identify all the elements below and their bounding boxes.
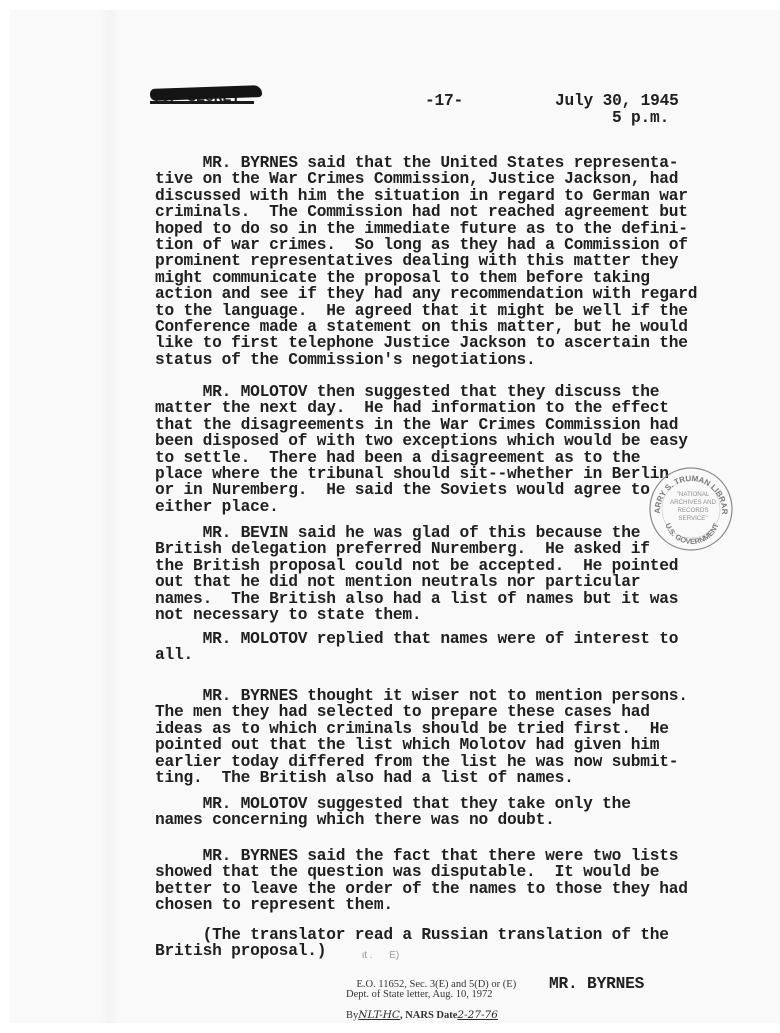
redaction-underline xyxy=(150,101,254,104)
paragraph-line: Conference made a statement on this matt… xyxy=(155,319,697,335)
declassification-letter: Dept. of State letter, Aug. 10, 1972 xyxy=(346,989,493,1000)
nars-date: 2-27-76 xyxy=(457,1009,498,1021)
by-label: By xyxy=(346,1010,358,1021)
paragraph-line: place where the tribunal should sit--whe… xyxy=(155,466,688,482)
paragraph-line: either place. xyxy=(155,499,688,515)
page-number: -17- xyxy=(425,93,463,109)
svg-text:SERVICE": SERVICE" xyxy=(678,515,707,522)
paragraph-line: or in Nuremberg. He said the Soviets wou… xyxy=(155,482,688,498)
paragraph-line: prominent representatives dealing with t… xyxy=(155,253,697,269)
paragraph-line: the British proposal could not be accept… xyxy=(155,558,678,574)
paragraph-line: pointed out that the list which Molotov … xyxy=(155,737,688,753)
paragraph-line: ting. The British also had a list of nam… xyxy=(155,770,688,786)
paragraph-line: like to first telephone Justice Jackson … xyxy=(155,335,697,351)
svg-text:U.S. GOVERNMENT: U.S. GOVERNMENT xyxy=(663,521,720,546)
paragraph-line: chosen to represent them. xyxy=(155,897,688,913)
paragraph-line: that the disagreements in the War Crimes… xyxy=(155,417,688,433)
archive-stamp-icon: HARRY S. TRUMAN LIBRARY U.S. GOVERNMENT … xyxy=(648,466,734,552)
paragraph-line: MR. BYRNES said the fact that there were… xyxy=(155,848,688,864)
declassification-by-line: ByNLT-HC, NARS Date2-27-76 xyxy=(346,1009,498,1021)
svg-text:RECORDS: RECORDS xyxy=(678,507,709,514)
paragraph-line: names concerning which there was no doub… xyxy=(155,812,631,828)
paragraph-line: out that he did not mention neutrals nor… xyxy=(155,574,678,590)
document-time: 5 p.m. xyxy=(612,110,669,126)
paragraph-line: earlier today differed from the list he … xyxy=(155,754,688,770)
paragraph-line: been disposed of with two exceptions whi… xyxy=(155,433,688,449)
paragraph: MR. MOLOTOV then suggested that they dis… xyxy=(155,384,688,515)
document-page: TOP SECRET -17- July 30, 1945 5 p.m. MR.… xyxy=(0,0,780,1033)
paragraph-line: matter the next day. He had information … xyxy=(155,400,688,416)
paragraph: MR. MOLOTOV replied that names were of i… xyxy=(155,631,678,664)
by-initials: NLT-HC xyxy=(358,1009,400,1021)
paragraph-line: MR. MOLOTOV then suggested that they dis… xyxy=(155,384,688,400)
paragraph-line: MR. MOLOTOV replied that names were of i… xyxy=(155,631,678,647)
paragraph: MR. BYRNES said that the United States r… xyxy=(155,155,697,368)
paragraph-line: MR. BYRNES thought it wiser not to menti… xyxy=(155,688,688,704)
paragraph-line: hoped to do so in the immediate future a… xyxy=(155,221,697,237)
faint-marking: ιt . E) xyxy=(362,950,399,961)
paragraph-line: ideas as to which criminals should be tr… xyxy=(155,721,688,737)
paragraph-line: MR. MOLOTOV suggested that they take onl… xyxy=(155,796,631,812)
nars-label: , NARS Date xyxy=(400,1010,457,1021)
paragraph-line: showed that the question was disputable.… xyxy=(155,864,688,880)
svg-text:"NATIONAL: "NATIONAL xyxy=(677,491,710,498)
paragraph-line: to settle. There had been a disagreement… xyxy=(155,450,688,466)
paragraph-line: all. xyxy=(155,647,678,663)
paragraph-line: tive on the War Crimes Commission, Justi… xyxy=(155,171,697,187)
paragraph-line: not necessary to state them. xyxy=(155,607,678,623)
paragraph-line: criminals. The Commission had not reache… xyxy=(155,204,697,220)
paragraph-line: status of the Commission's negotiations. xyxy=(155,352,697,368)
paragraph-line: action and see if they had any recommend… xyxy=(155,286,697,302)
paragraph-line: MR. BYRNES said that the United States r… xyxy=(155,155,697,171)
paragraph-line: British delegation preferred Nuremberg. … xyxy=(155,541,678,557)
paragraph: MR. BYRNES thought it wiser not to menti… xyxy=(155,688,688,786)
paragraph-line: to the language. He agreed that it might… xyxy=(155,303,697,319)
paragraph-line: British proposal.) xyxy=(155,943,669,959)
paragraph-line: better to leave the order of the names t… xyxy=(155,881,688,897)
paragraph: (The translator read a Russian translati… xyxy=(155,927,669,960)
paragraph: MR. BYRNES said the fact that there were… xyxy=(155,848,688,914)
paragraph-line: MR. BEVIN said he was glad of this becau… xyxy=(155,525,678,541)
paragraph-line: might communicate the proposal to them b… xyxy=(155,270,697,286)
paragraph-line: tion of war crimes. So long as they had … xyxy=(155,237,697,253)
next-speaker-catchword: MR. BYRNES xyxy=(549,976,644,992)
paragraph-line: (The translator read a Russian translati… xyxy=(155,927,669,943)
paragraph-line: The men they had selected to prepare the… xyxy=(155,704,688,720)
paragraph: MR. MOLOTOV suggested that they take onl… xyxy=(155,796,631,829)
redaction-mark xyxy=(150,85,262,101)
svg-text:ARCHIVES AND: ARCHIVES AND xyxy=(670,499,717,506)
document-date: July 30, 1945 xyxy=(555,93,679,109)
paragraph-line: discussed with him the situation in rega… xyxy=(155,188,697,204)
paragraph: MR. BEVIN said he was glad of this becau… xyxy=(155,525,678,623)
paragraph-line: names. The British also had a list of na… xyxy=(155,591,678,607)
